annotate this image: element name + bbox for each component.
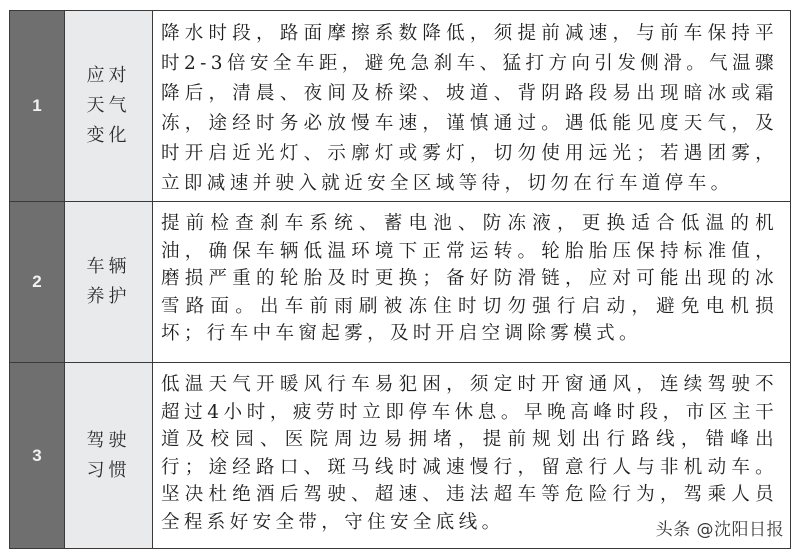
row-content: 低温天气开暖风行车易犯困，须定时开窗通风，连续驾驶不超过4小时，疲劳时立即停车休…	[161, 371, 778, 536]
row-content-cell: 降水时段，路面摩擦系数降低，须提前减速，与前车保持平时2-3倍安全车距，避免急刹…	[153, 11, 790, 201]
row-number: 2	[10, 202, 65, 362]
row-content: 提前检查刹车系统、蓄电池、防冻液，更换适合低温的机油，确保车辆低温环境下正常运转…	[161, 210, 778, 348]
row-number: 1	[10, 11, 65, 201]
row-label-cell: 驾驶习惯	[65, 363, 153, 548]
row-label: 驾驶习惯	[87, 426, 131, 486]
row-label: 车辆养护	[87, 252, 131, 312]
driving-safety-tips-table: 1 应对天气变化 降水时段，路面摩擦系数降低，须提前减速，与前车保持平时2-3倍…	[9, 10, 791, 549]
source-watermark: 头条 @沈阳日报	[654, 515, 786, 540]
row-label: 应对天气变化	[87, 61, 131, 151]
table-row: 2 车辆养护 提前检查刹车系统、蓄电池、防冻液，更换适合低温的机油，确保车辆低温…	[10, 202, 790, 363]
row-content-cell: 提前检查刹车系统、蓄电池、防冻液，更换适合低温的机油，确保车辆低温环境下正常运转…	[153, 202, 790, 362]
row-content: 降水时段，路面摩擦系数降低，须提前减速，与前车保持平时2-3倍安全车距，避免急刹…	[161, 19, 778, 199]
row-number: 3	[10, 363, 65, 548]
row-label-cell: 车辆养护	[65, 202, 153, 362]
row-label-cell: 应对天气变化	[65, 11, 153, 201]
table-row: 1 应对天气变化 降水时段，路面摩擦系数降低，须提前减速，与前车保持平时2-3倍…	[10, 11, 790, 202]
